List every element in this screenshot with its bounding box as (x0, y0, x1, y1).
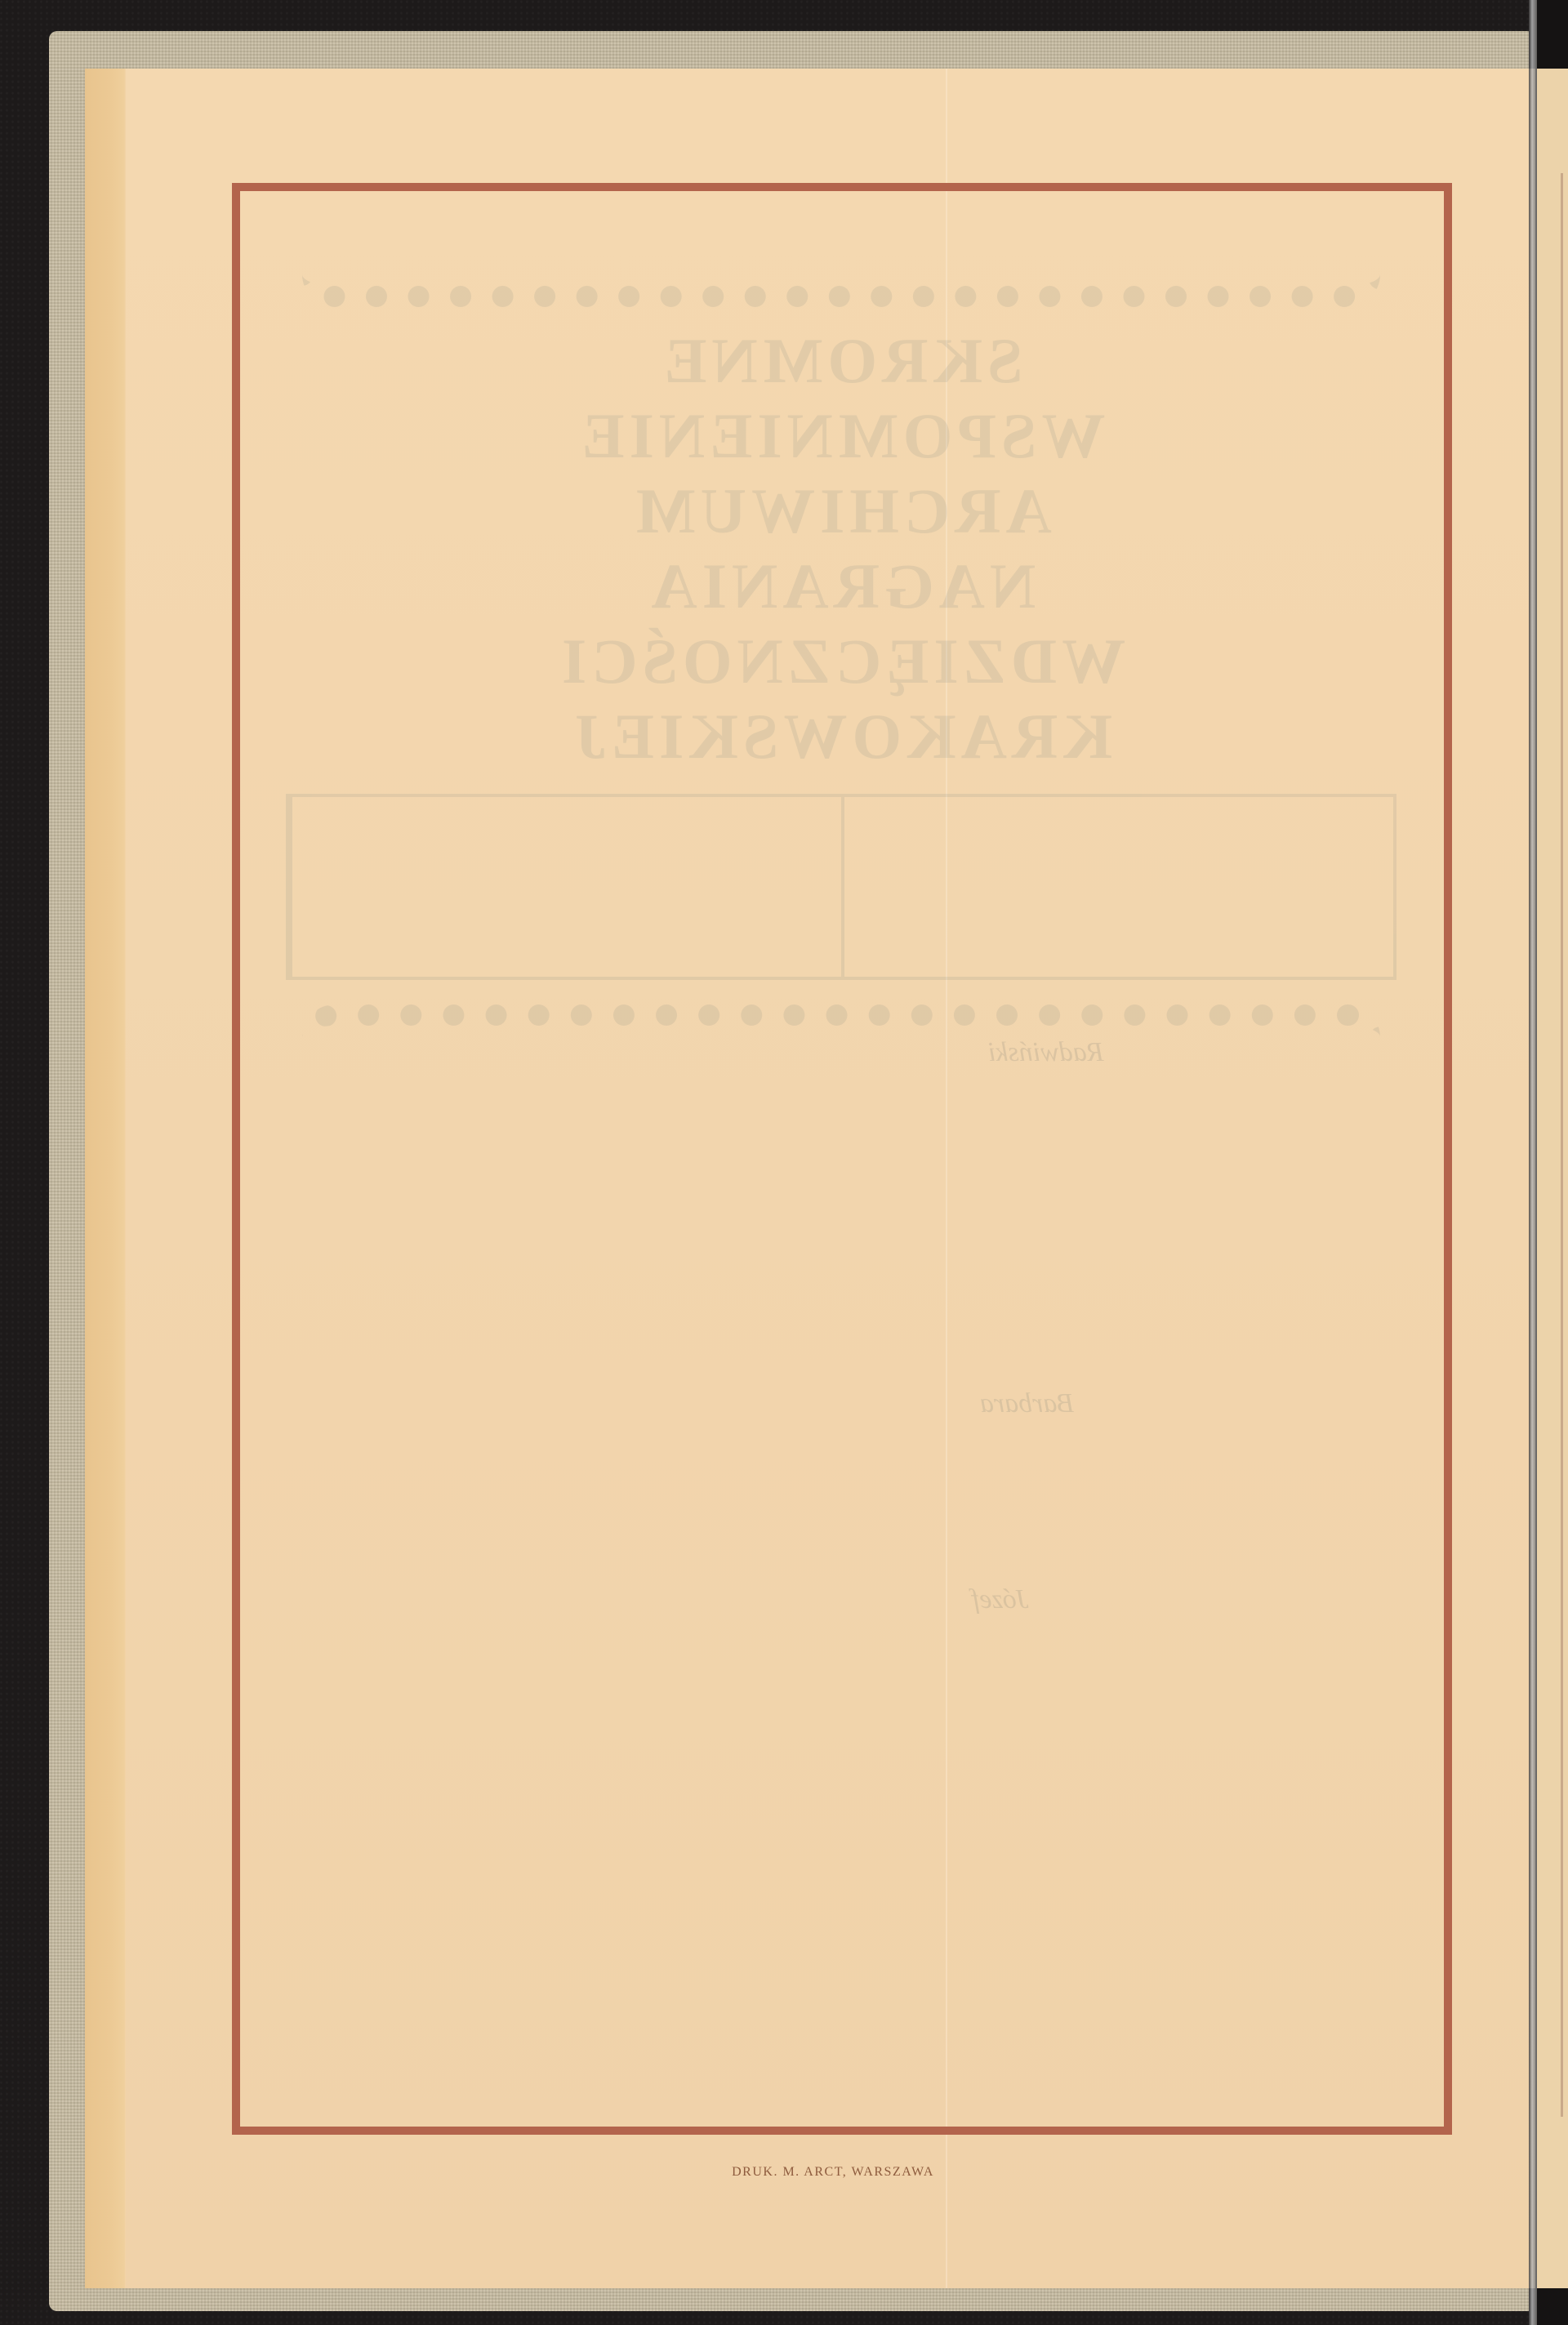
adjacent-page-border (1561, 173, 1563, 2117)
printer-imprint: DRUK. M. ARCT, WARSZAWA (0, 2165, 1568, 2180)
red-page-border (232, 183, 1452, 2135)
adjacent-page-edge (1537, 69, 1568, 2288)
glass-plate-edge (1529, 0, 1537, 2325)
